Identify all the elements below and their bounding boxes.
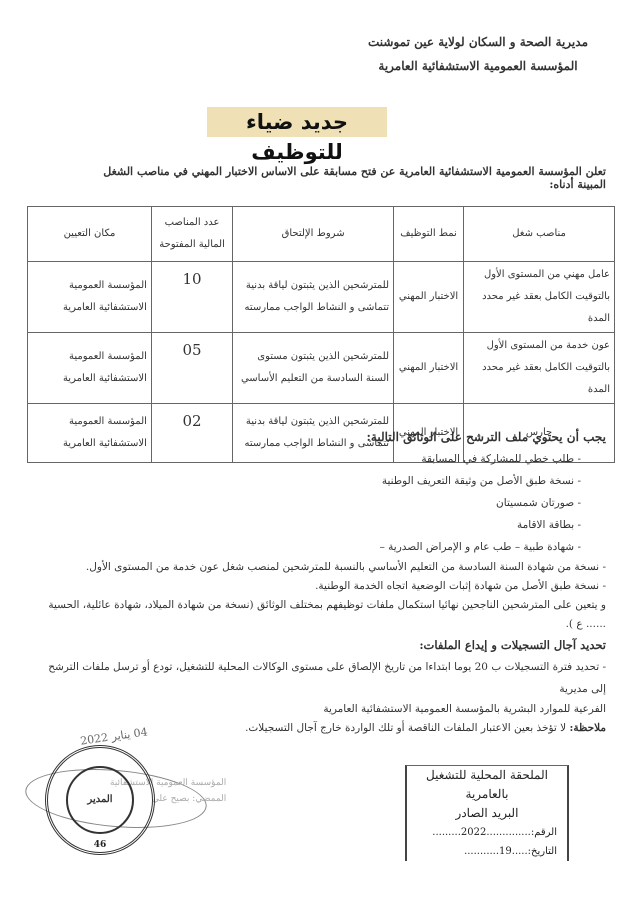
issuer-header: مديرية الصحة و السكان لولاية عين تموشنت … (348, 30, 608, 78)
official-seal: المدير 46 (45, 745, 155, 855)
directorate-line: مديرية الصحة و السكان لولاية عين تموشنت (348, 30, 608, 54)
stamp-date-field: التاريخ:.....19........... (407, 842, 567, 861)
table-row: عون خدمة من المستوى الأول بالتوقيت الكام… (28, 333, 615, 404)
document-item: - نسخة طبق الأصل من شهادة إثبات الوضعية … (46, 577, 606, 596)
header-conditions: شروط الإلتحاق (233, 207, 394, 262)
cell-conditions: للمترشحين الذين يثبتون لياقة بدنية تتماش… (233, 262, 394, 333)
header-count: عدد المناصب المالية المفتوحة (151, 207, 232, 262)
cell-place: المؤسسة العمومية الاستشفائية العامرية (28, 333, 152, 404)
documents-heading: يجب أن يحتوي ملف الترشح على الوثائق التا… (46, 430, 606, 444)
jobs-table: مناصب شغل نمط التوظيف شروط الإلتحاق عدد … (27, 206, 615, 463)
stamp-number-field: الرقم:..............2022......... (407, 823, 567, 842)
employment-agency-stamp: الملحقة المحلية للتشغيل بالعامرية البريد… (405, 765, 569, 861)
document-item: - بطاقة الاقامة (46, 514, 606, 536)
note-label: ملاحظة: (570, 722, 607, 734)
seal-number: 46 (48, 840, 152, 850)
header-place: مكان التعيين (28, 207, 152, 262)
note-text: لا تؤخذ بعين الاعتبار الملفات الناقصة أو… (245, 722, 569, 734)
cell-place: المؤسسة العمومية الاستشفائية العامرية (28, 262, 152, 333)
document-item: - نسخة طبق الأصل من وثيقة التعريف الوطني… (46, 470, 606, 492)
deadlines-text: - تحديد فترة التسجيلات ب 20 يوما ابتداءا… (46, 656, 606, 700)
intro-paragraph: تعلن المؤسسة العمومية الاستشفائية العامر… (86, 165, 606, 191)
cell-count: 10 (151, 262, 232, 333)
banner-title: جديد ضياء للتوظيف (207, 107, 387, 137)
final-documents-note: و يتعين على المترشحين الناجحين نهائيا اس… (46, 596, 606, 634)
cell-title: عامل مهني من المستوى الأول بالتوقيت الكا… (464, 262, 615, 333)
cell-title: عون خدمة من المستوى الأول بالتوقيت الكام… (464, 333, 615, 404)
seal-center: المدير (66, 766, 134, 834)
deadlines-heading: تحديد آجال التسجيلات و إيداع الملفات: (46, 634, 606, 656)
cell-mode: الاختبار المهني (394, 333, 464, 404)
header-mode: نمط التوظيف (394, 207, 464, 262)
document-item: - نسخة من شهادة السنة السادسة من التعليم… (46, 558, 606, 577)
document-item: - طلب خطي للمشاركة في المسابقة (46, 448, 606, 470)
table-header-row: مناصب شغل نمط التوظيف شروط الإلتحاق عدد … (28, 207, 615, 262)
stamp-line: بالعامرية (407, 785, 567, 804)
header-title: مناصب شغل (464, 207, 615, 262)
documents-section: يجب أن يحتوي ملف الترشح على الوثائق التا… (46, 430, 606, 738)
institution-line: المؤسسة العمومية الاستشفائية العامرية (348, 54, 608, 78)
stamp-line: الملحقة المحلية للتشغيل (407, 766, 567, 785)
table-row: عامل مهني من المستوى الأول بالتوقيت الكا… (28, 262, 615, 333)
stamp-line: البريد الصادر (407, 804, 567, 823)
cell-mode: الاختبار المهني (394, 262, 464, 333)
cell-count: 05 (151, 333, 232, 404)
document-item: - شهادة طبية – طب عام و الإمراض الصدرية … (46, 536, 606, 558)
cell-conditions: للمترشحين الذين يثبتون مستوى السنة الساد… (233, 333, 394, 404)
document-item: - صورتان شمسيتان (46, 492, 606, 514)
deadlines-text-continued: الفرعية للموارد البشرية بالمؤسسة العمومي… (46, 700, 606, 719)
